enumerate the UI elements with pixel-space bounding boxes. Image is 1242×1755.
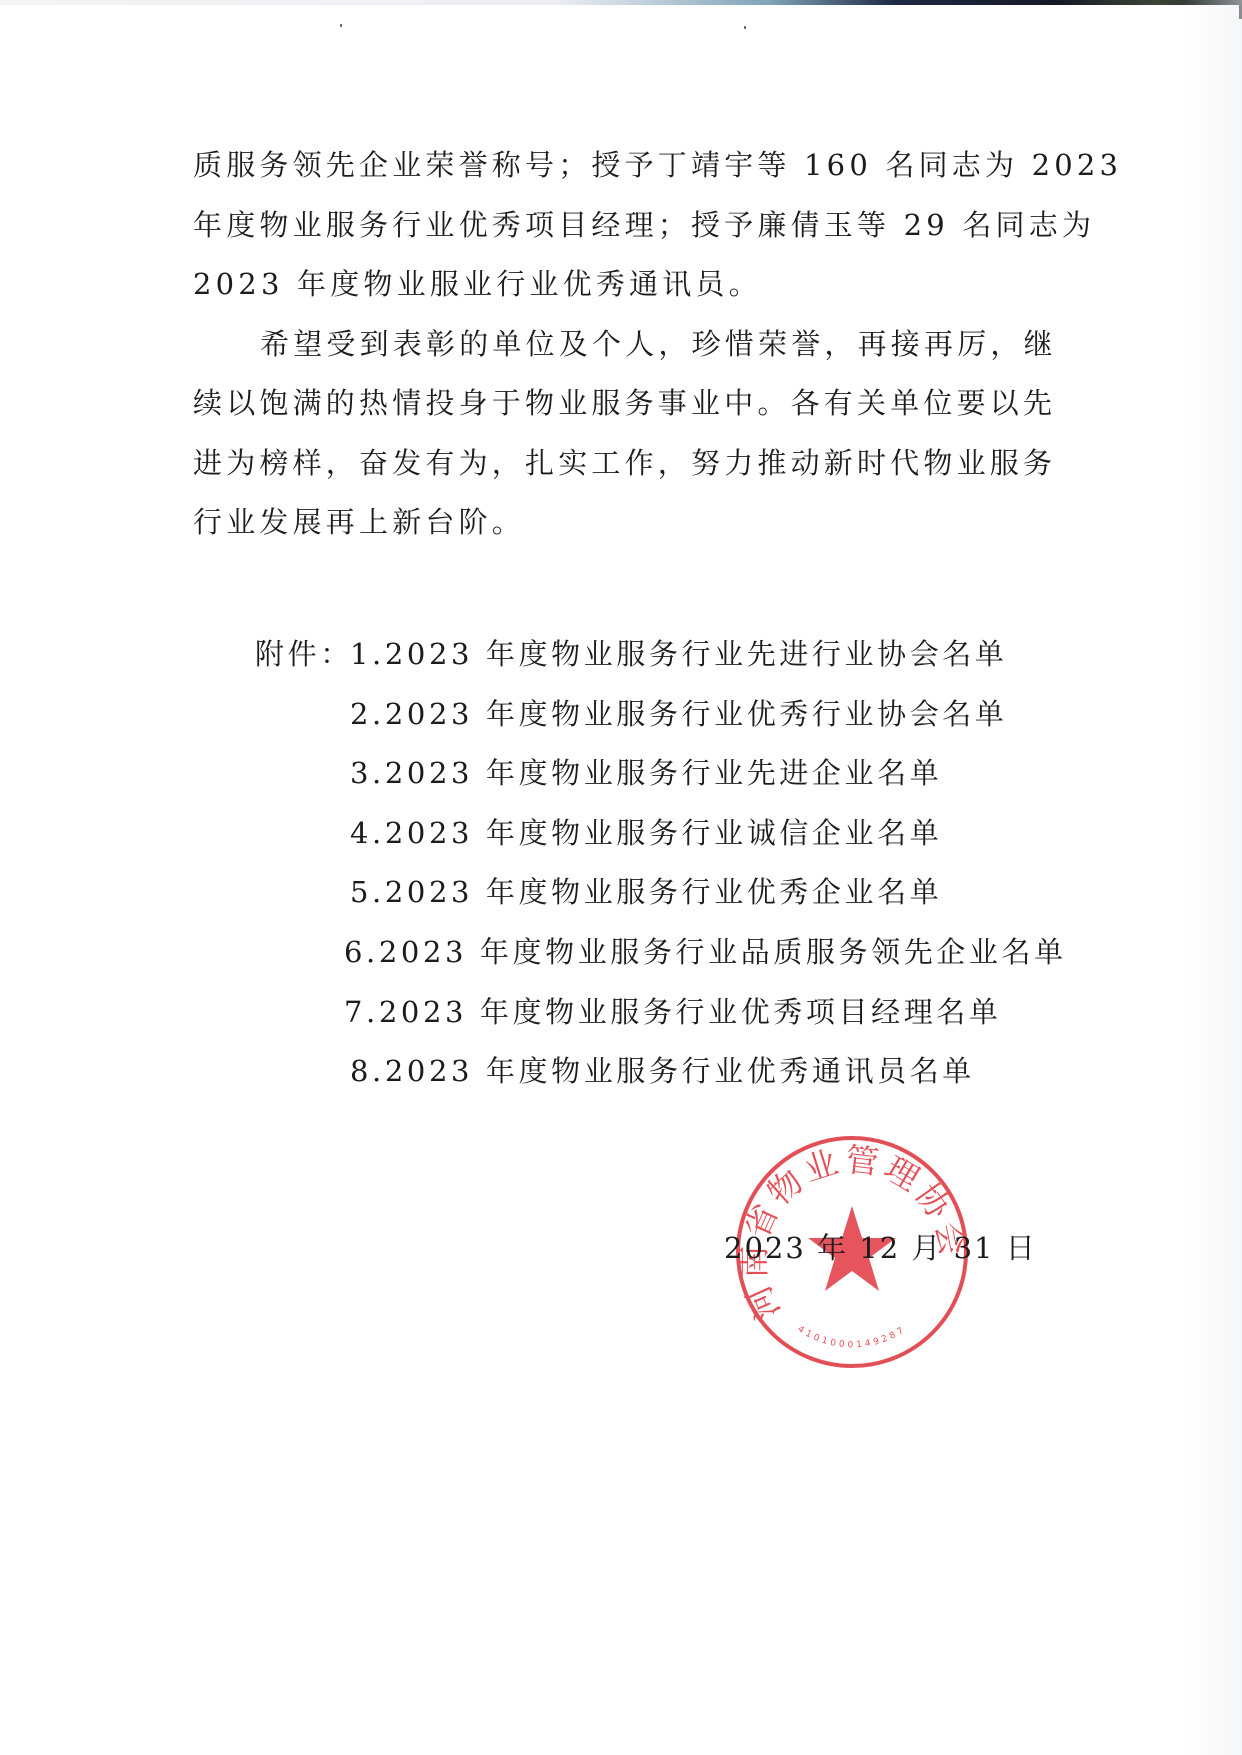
attachment-title: 5.2023 年度物业服务行业优秀企业名单 — [350, 863, 942, 923]
paragraph-encouragement: 希望受到表彰的单位及个人，珍惜荣誉，再接再厉，继 续以饱满的热情投身于物业服务事… — [193, 315, 1038, 553]
attachment-item: 8.2023 年度物业服务行业优秀通讯员名单 — [255, 1042, 1067, 1102]
text-line: 年度物业服务行业优秀项目经理；授予廉倩玉等 29 名同志为 — [193, 196, 1038, 256]
document-body: 质服务领先企业荣誉称号；授予丁靖宇等 160 名同志为 2023 年度物业服务行… — [193, 136, 1038, 553]
scan-speck — [744, 26, 746, 29]
attachment-item: 附件： 1.2023 年度物业服务行业先进行业协会名单 — [255, 625, 1067, 685]
attachment-title: 6.2023 年度物业服务行业品质服务领先企业名单 — [344, 923, 1067, 983]
attachment-item: 2.2023 年度物业服务行业优秀行业协会名单 — [255, 685, 1067, 745]
attachment-title: 8.2023 年度物业服务行业优秀通讯员名单 — [350, 1042, 975, 1102]
attachment-title: 2.2023 年度物业服务行业优秀行业协会名单 — [350, 685, 1008, 745]
document-date: 2023 年 12 月 31 日 — [724, 1226, 1037, 1267]
scan-speck — [340, 24, 342, 27]
attachment-title: 4.2023 年度物业服务行业诚信企业名单 — [350, 804, 942, 864]
paragraph-award-continuation: 质服务领先企业荣誉称号；授予丁靖宇等 160 名同志为 2023 年度物业服务行… — [193, 136, 1038, 315]
attachment-item: 4.2023 年度物业服务行业诚信企业名单 — [255, 804, 1067, 864]
attachments-list: 附件： 1.2023 年度物业服务行业先进行业协会名单 2.2023 年度物业服… — [255, 625, 1067, 1102]
attachment-item: 7.2023 年度物业服务行业优秀项目经理名单 — [255, 983, 1067, 1043]
text-line: 续以饱满的热情投身于物业服务事业中。各有关单位要以先 — [193, 374, 1038, 434]
page-edge-shadow — [1182, 0, 1242, 1755]
attachment-item: 3.2023 年度物业服务行业先进企业名单 — [255, 744, 1067, 804]
seal-code: 4101000149287 — [796, 1324, 909, 1350]
text-line: 2023 年度物业服业行业优秀通讯员。 — [193, 255, 1038, 315]
attachment-title: 1.2023 年度物业服务行业先进行业协会名单 — [350, 625, 1008, 685]
text-line: 质服务领先企业荣誉称号；授予丁靖宇等 160 名同志为 2023 — [193, 136, 1038, 196]
attachments-label: 附件： — [255, 625, 350, 685]
attachment-item: 5.2023 年度物业服务行业优秀企业名单 — [255, 863, 1067, 923]
scan-artifact-band — [0, 0, 1242, 5]
attachment-title: 7.2023 年度物业服务行业优秀项目经理名单 — [344, 983, 1002, 1043]
text-line: 希望受到表彰的单位及个人，珍惜荣誉，再接再厉，继 — [193, 315, 1038, 375]
text-line: 进为榜样，奋发有为，扎实工作，努力推动新时代物业服务 — [193, 434, 1038, 494]
attachment-title: 3.2023 年度物业服务行业先进企业名单 — [350, 744, 942, 804]
attachment-item: 6.2023 年度物业服务行业品质服务领先企业名单 — [255, 923, 1067, 983]
text-line: 行业发展再上新台阶。 — [193, 493, 1038, 553]
